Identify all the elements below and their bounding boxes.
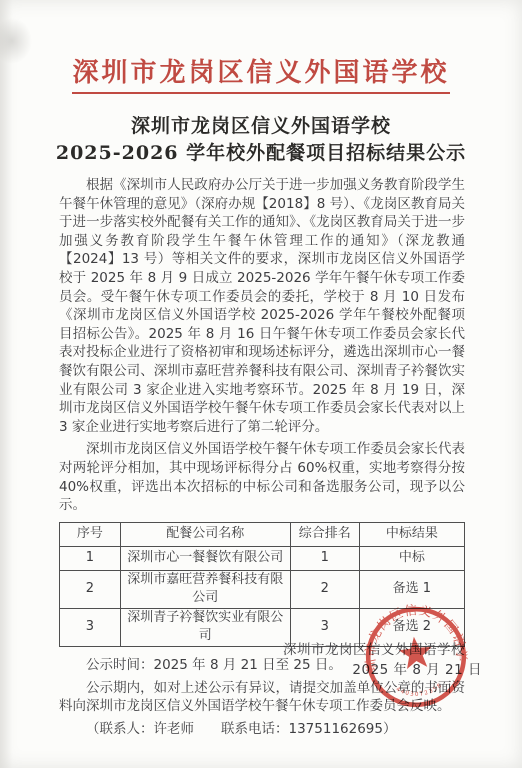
paragraph-scoring: 深圳市龙岗区信义外国语学校午餐午休专项工作委员会家长代表对两轮评分相加，其中现场…	[59, 440, 465, 514]
table-row: 1 深圳市心一餐餐饮有限公司 1 中标	[60, 546, 465, 570]
cell-index: 1	[60, 546, 121, 570]
cell-result: 中标	[359, 546, 464, 570]
cell-rank: 2	[290, 570, 359, 608]
column-header-result: 中标结果	[359, 522, 464, 546]
table-body: 1 深圳市心一餐餐饮有限公司 1 中标 2 深圳市嘉旺营养餐科技有限公司 2 备…	[60, 546, 465, 646]
document-title: 深圳市龙岗区信义外国语学校 2025-2026 学年校外配餐项目招标结果公示	[0, 113, 522, 167]
letterhead: 深圳市龙岗区信义外国语学校	[0, 52, 522, 94]
paragraph-objection: 公示期内，如对上述公示有异议，请提交加盖单位公章的书面资料向深圳市龙岗区信义外国…	[59, 679, 465, 716]
cell-index: 2	[60, 570, 121, 608]
column-header-rank: 综合排名	[290, 522, 359, 546]
scanned-document-page: 深圳市龙岗区信义外国语学校 深圳市龙岗区信义外国语学校 2025-2026 学年…	[0, 0, 522, 768]
column-header-index: 序号	[60, 522, 121, 546]
paragraph-basis: 根据《深圳市人民政府办公厅关于进一步加强义务教育阶段学生午餐午休管理的意见》（深…	[59, 176, 465, 436]
signature-organization: 深圳市龙岗区信义外国语学校	[283, 638, 465, 658]
cell-company: 深圳市心一餐餐饮有限公司	[120, 546, 290, 570]
cell-index: 3	[60, 608, 121, 646]
cell-company: 深圳青子衿餐饮实业有限公司	[120, 608, 290, 646]
cell-company: 深圳市嘉旺营养餐科技有限公司	[120, 570, 290, 608]
table-header-row: 序号 配餐公司名称 综合排名 中标结果	[60, 522, 465, 546]
document-title-line1: 深圳市龙岗区信义外国语学校	[0, 113, 522, 140]
column-header-company: 配餐公司名称	[120, 522, 290, 546]
bid-result-table: 序号 配餐公司名称 综合排名 中标结果 1 深圳市心一餐餐饮有限公司 1 中标	[59, 522, 465, 647]
letterhead-school-name: 深圳市龙岗区信义外国语学校	[72, 52, 449, 94]
signature-date: 2025 年 8 月 21 日	[352, 658, 482, 678]
document-title-line2: 2025-2026 学年校外配餐项目招标结果公示	[0, 140, 522, 167]
paragraph-contact: （联系人：许老师 联系电话：13751162695）	[59, 720, 465, 739]
cell-result: 备选 1	[359, 570, 464, 608]
table-row: 2 深圳市嘉旺营养餐科技有限公司 2 备选 1	[60, 570, 465, 608]
cell-rank: 1	[290, 546, 359, 570]
